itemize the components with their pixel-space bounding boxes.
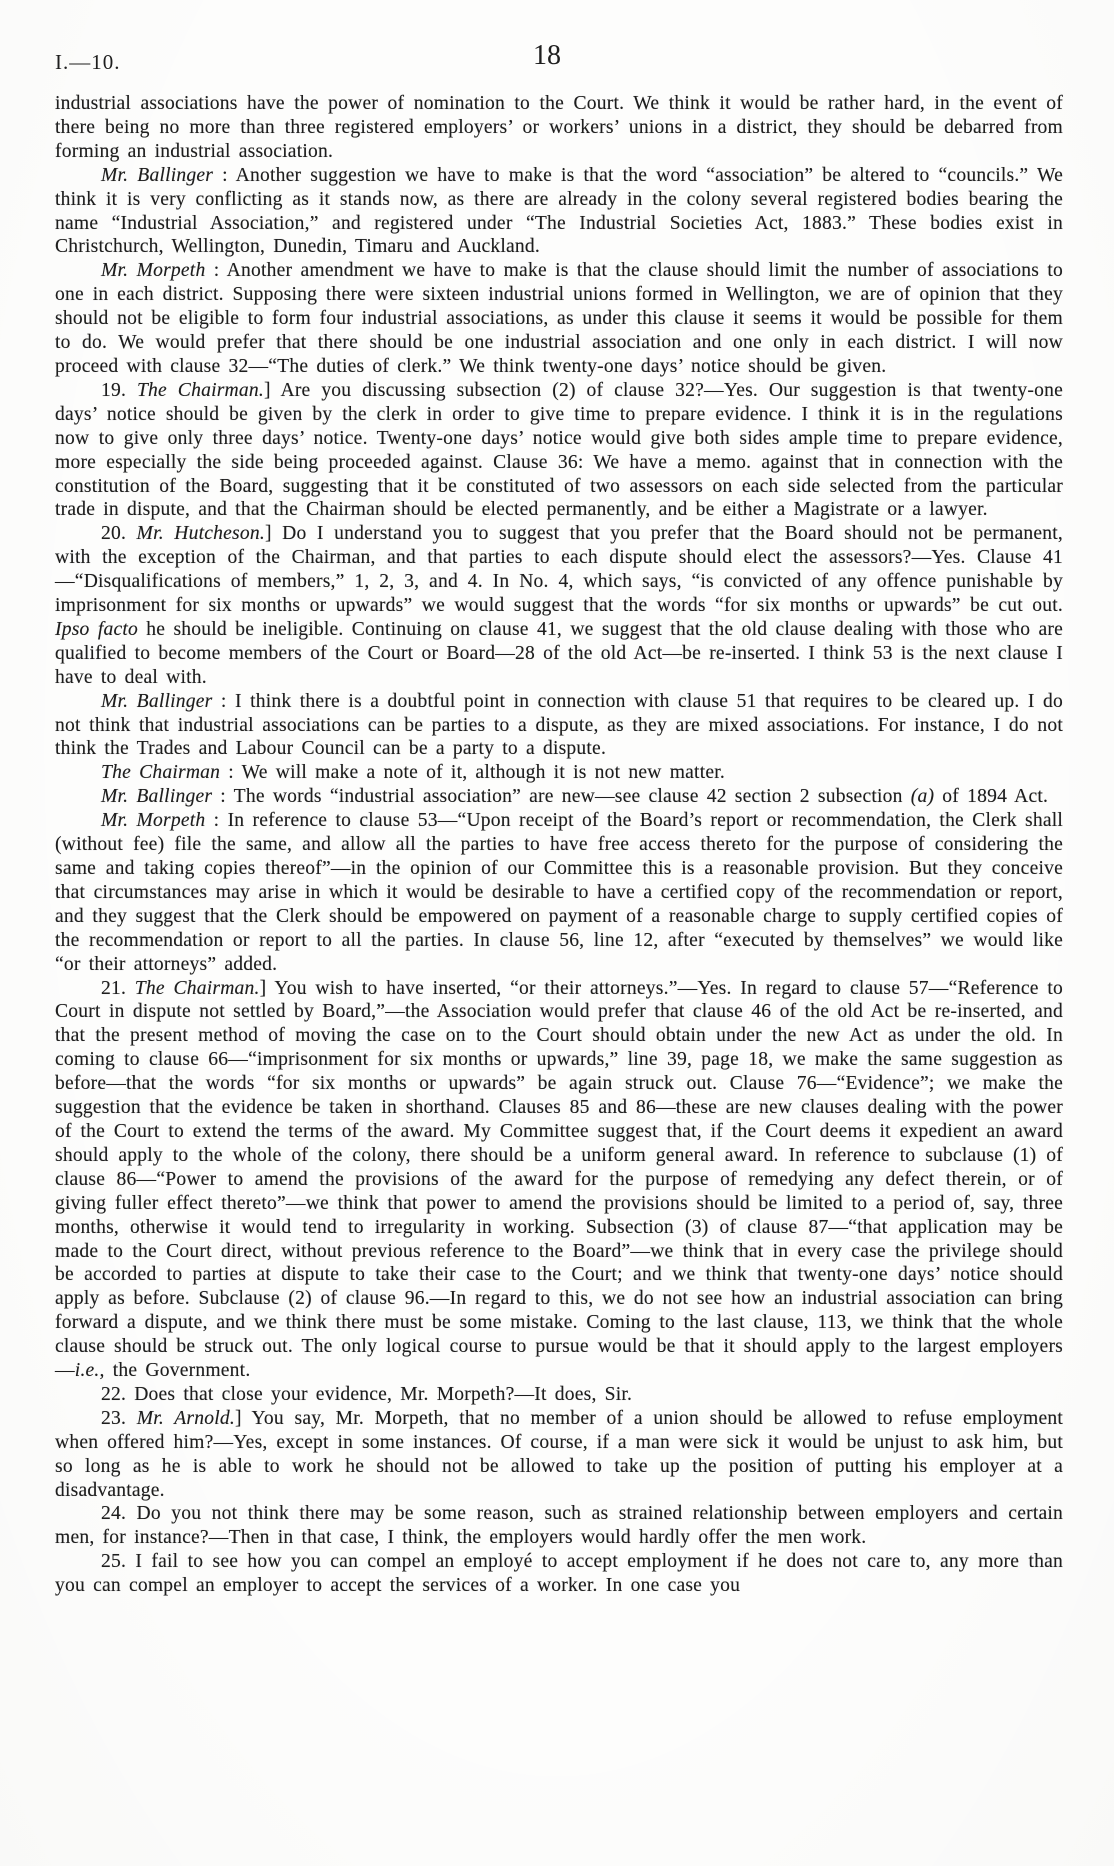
emphasis-text: i.e., [75, 1360, 105, 1381]
emphasis-text: Mr. Hutcheson. [137, 523, 265, 544]
paragraph: 19. The Chairman.] Are you discussing su… [55, 379, 1063, 522]
emphasis-text: Mr. Morpeth [101, 810, 205, 831]
paragraph: 23. Mr. Arnold.] You say, Mr. Morpeth, t… [55, 1407, 1063, 1503]
text-segment: ] You wish to have inserted, “or their a… [55, 978, 1063, 1382]
text-segment: : In reference to clause 53—“Upon receip… [55, 810, 1063, 974]
page-number: 18 [55, 40, 1039, 72]
paragraph: 24. Do you not think there may be some r… [55, 1502, 1063, 1550]
document-body: industrial associations have the power o… [55, 92, 1063, 1598]
paragraph: Mr. Ballinger : I think there is a doubt… [55, 690, 1063, 762]
emphasis-text: The Chairman. [135, 978, 260, 999]
text-segment: 19. [101, 380, 137, 401]
paragraph: Mr. Morpeth : In reference to clause 53—… [55, 809, 1063, 976]
page-header: I.—10. 18 [55, 40, 1063, 84]
emphasis-text: Mr. Morpeth [101, 260, 205, 281]
paragraph: 21. The Chairman.] You wish to have inse… [55, 977, 1063, 1383]
text-segment: 21. [101, 978, 135, 999]
paragraph: Mr. Ballinger : Another suggestion we ha… [55, 164, 1063, 260]
paragraph: The Chairman : We will make a note of it… [55, 761, 1063, 785]
text-segment: he should be ineligible. Continuing on c… [55, 619, 1063, 688]
text-segment: : We will make a note of it, although it… [220, 762, 725, 783]
paragraph: 25. I fail to see how you can compel an … [55, 1550, 1063, 1598]
emphasis-text: The Chairman. [137, 380, 264, 401]
emphasis-text: Ipso facto [55, 619, 138, 640]
text-segment: : Another amendment we have to make is t… [55, 260, 1063, 377]
paragraph: 20. Mr. Hutcheson.] Do I understand you … [55, 522, 1063, 689]
emphasis-text: Mr. Ballinger [101, 165, 213, 186]
text-segment: 22. Does that close your evidence, Mr. M… [101, 1384, 632, 1405]
text-segment: 25. I fail to see how you can compel an … [55, 1551, 1063, 1596]
paragraph: industrial associations have the power o… [55, 92, 1063, 164]
text-segment: of 1894 Act. [934, 786, 1048, 807]
text-segment: industrial associations have the power o… [55, 93, 1063, 162]
text-segment: 20. [101, 523, 137, 544]
text-segment: 24. Do you not think there may be some r… [55, 1503, 1063, 1548]
paragraph: 22. Does that close your evidence, Mr. M… [55, 1383, 1063, 1407]
paragraph: Mr. Ballinger : The words “industrial as… [55, 785, 1063, 809]
text-segment: 23. [101, 1408, 137, 1429]
text-segment: the Government. [105, 1360, 251, 1381]
text-segment: : The words “industrial association” are… [212, 786, 911, 807]
paragraph: Mr. Morpeth : Another amendment we have … [55, 259, 1063, 379]
emphasis-text: (a) [911, 786, 934, 807]
emphasis-text: Mr. Ballinger [101, 786, 212, 807]
document-page: I.—10. 18 industrial associations have t… [0, 0, 1114, 1866]
emphasis-text: The Chairman [101, 762, 220, 783]
emphasis-text: Mr. Arnold. [137, 1408, 235, 1429]
emphasis-text: Mr. Ballinger [101, 691, 213, 712]
